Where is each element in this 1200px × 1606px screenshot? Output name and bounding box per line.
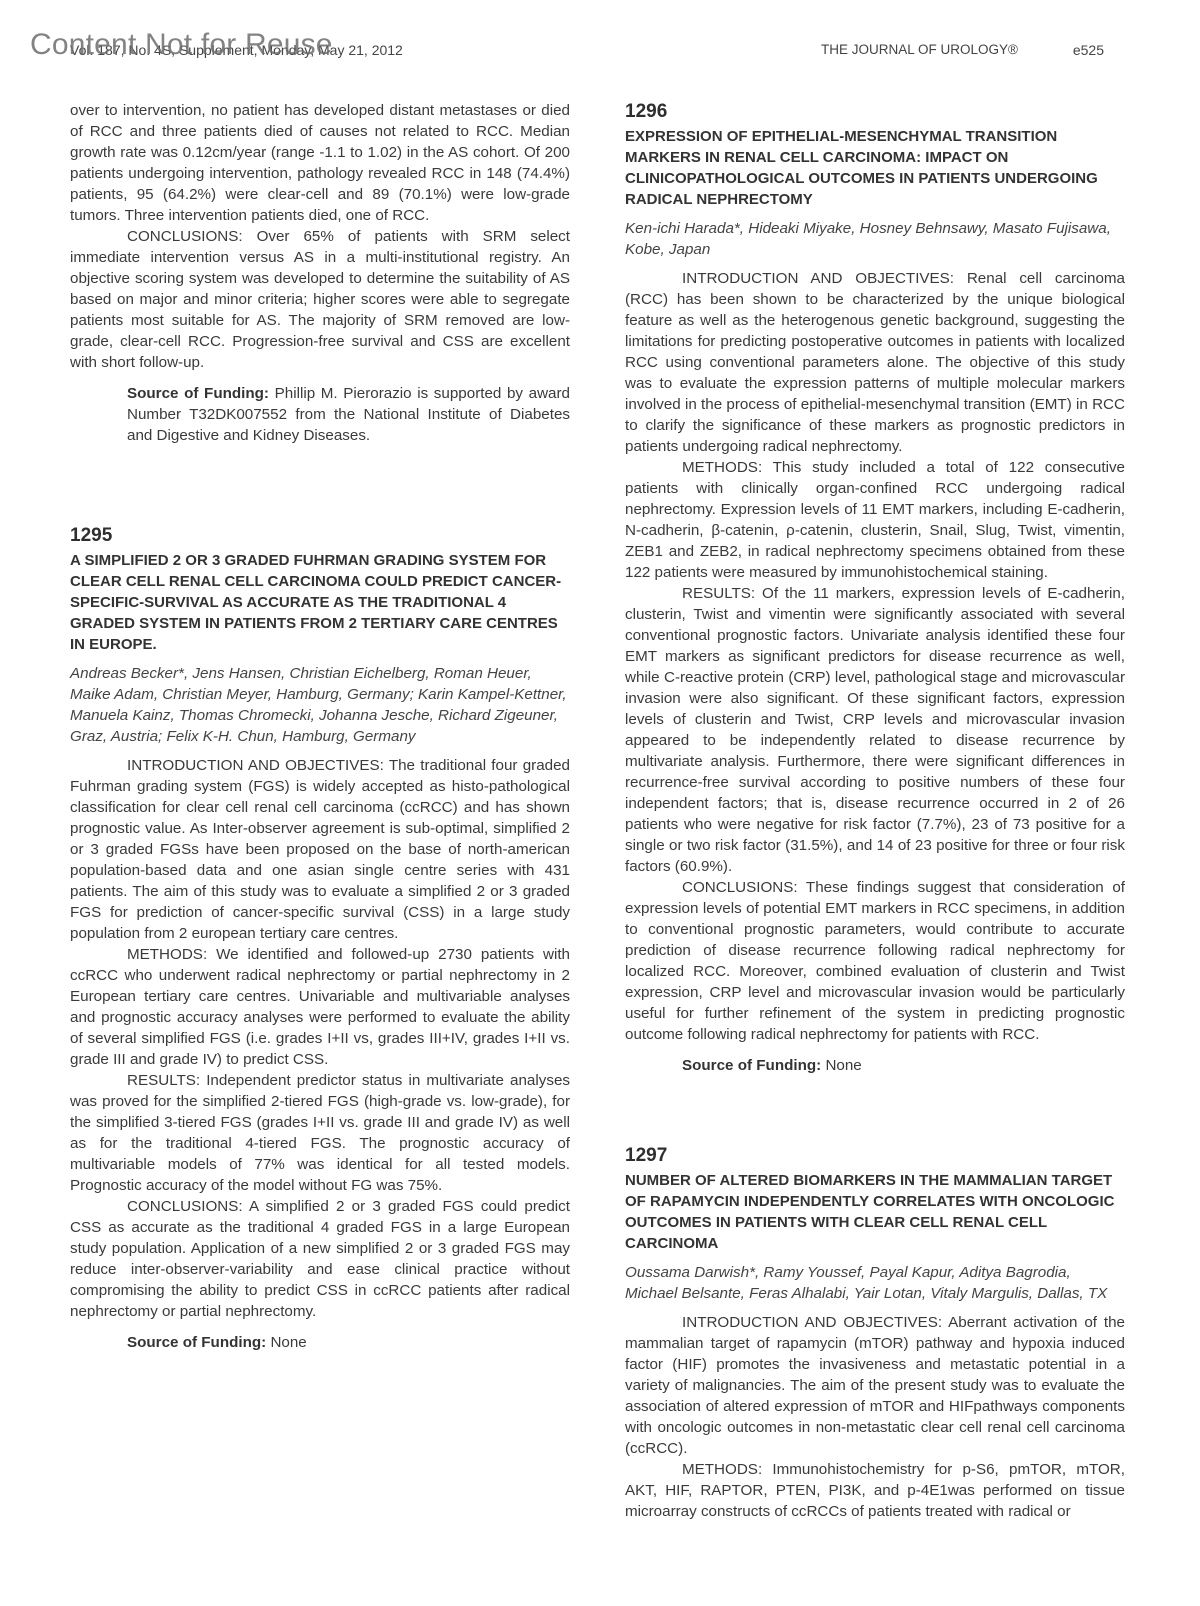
introduction-paragraph: INTRODUCTION AND OBJECTIVES: Aberrant ac… xyxy=(625,1312,1125,1459)
abstract-authors: Ken-ichi Harada*, Hideaki Miyake, Hosney… xyxy=(625,218,1125,260)
abstract-1297: 1297 NUMBER OF ALTERED BIOMARKERS IN THE… xyxy=(625,1144,1125,1522)
methods-paragraph: METHODS: Immunohistochemistry for p-S6, … xyxy=(625,1459,1125,1522)
source-of-funding: Source of Funding: None xyxy=(127,1332,570,1353)
journal-name: THE JOURNAL OF UROLOGY® xyxy=(821,42,1018,57)
abstract-number: 1296 xyxy=(625,100,1125,124)
right-column: 1296 EXPRESSION OF EPITHELIAL-MESENCHYMA… xyxy=(625,100,1125,1522)
abstract-1296: 1296 EXPRESSION OF EPITHELIAL-MESENCHYMA… xyxy=(625,100,1125,1076)
results-continuation: over to intervention, no patient has dev… xyxy=(70,100,570,226)
abstract-number: 1297 xyxy=(625,1144,1125,1168)
conclusions-paragraph: CONCLUSIONS: Over 65% of patients with S… xyxy=(70,226,570,373)
source-of-funding: Source of Funding: Phillip M. Pierorazio… xyxy=(127,383,570,446)
introduction-paragraph: INTRODUCTION AND OBJECTIVES: The traditi… xyxy=(70,755,570,944)
left-column: over to intervention, no patient has dev… xyxy=(70,100,570,1353)
introduction-paragraph: INTRODUCTION AND OBJECTIVES: Renal cell … xyxy=(625,268,1125,457)
abstract-title: NUMBER OF ALTERED BIOMARKERS IN THE MAMM… xyxy=(625,1170,1125,1254)
watermark: Content Not for Reuse xyxy=(30,28,333,62)
abstract-authors: Oussama Darwish*, Ramy Youssef, Payal Ka… xyxy=(625,1262,1125,1304)
abstract-continuation: over to intervention, no patient has dev… xyxy=(70,100,570,446)
funding-label: Source of Funding: xyxy=(682,1057,821,1074)
source-of-funding: Source of Funding: None xyxy=(682,1055,1125,1076)
methods-paragraph: METHODS: This study included a total of … xyxy=(625,457,1125,583)
conclusions-paragraph: CONCLUSIONS: These findings suggest that… xyxy=(625,877,1125,1045)
results-paragraph: RESULTS: Of the 11 markers, expression l… xyxy=(625,583,1125,877)
abstract-1295: 1295 A SIMPLIFIED 2 OR 3 GRADED FUHRMAN … xyxy=(70,524,570,1353)
funding-text: None xyxy=(825,1057,861,1074)
funding-text: None xyxy=(270,1334,306,1351)
page-number: e525 xyxy=(1073,42,1104,58)
results-paragraph: RESULTS: Independent predictor status in… xyxy=(70,1070,570,1196)
abstract-title: A SIMPLIFIED 2 OR 3 GRADED FUHRMAN GRADI… xyxy=(70,550,570,655)
abstract-number: 1295 xyxy=(70,524,570,548)
abstract-title: EXPRESSION OF EPITHELIAL-MESENCHYMAL TRA… xyxy=(625,126,1125,210)
abstract-authors: Andreas Becker*, Jens Hansen, Christian … xyxy=(70,663,570,747)
funding-label: Source of Funding: xyxy=(127,1334,266,1351)
funding-label: Source of Funding: xyxy=(127,385,269,402)
conclusions-paragraph: CONCLUSIONS: A simplified 2 or 3 graded … xyxy=(70,1196,570,1322)
methods-paragraph: METHODS: We identified and followed-up 2… xyxy=(70,944,570,1070)
